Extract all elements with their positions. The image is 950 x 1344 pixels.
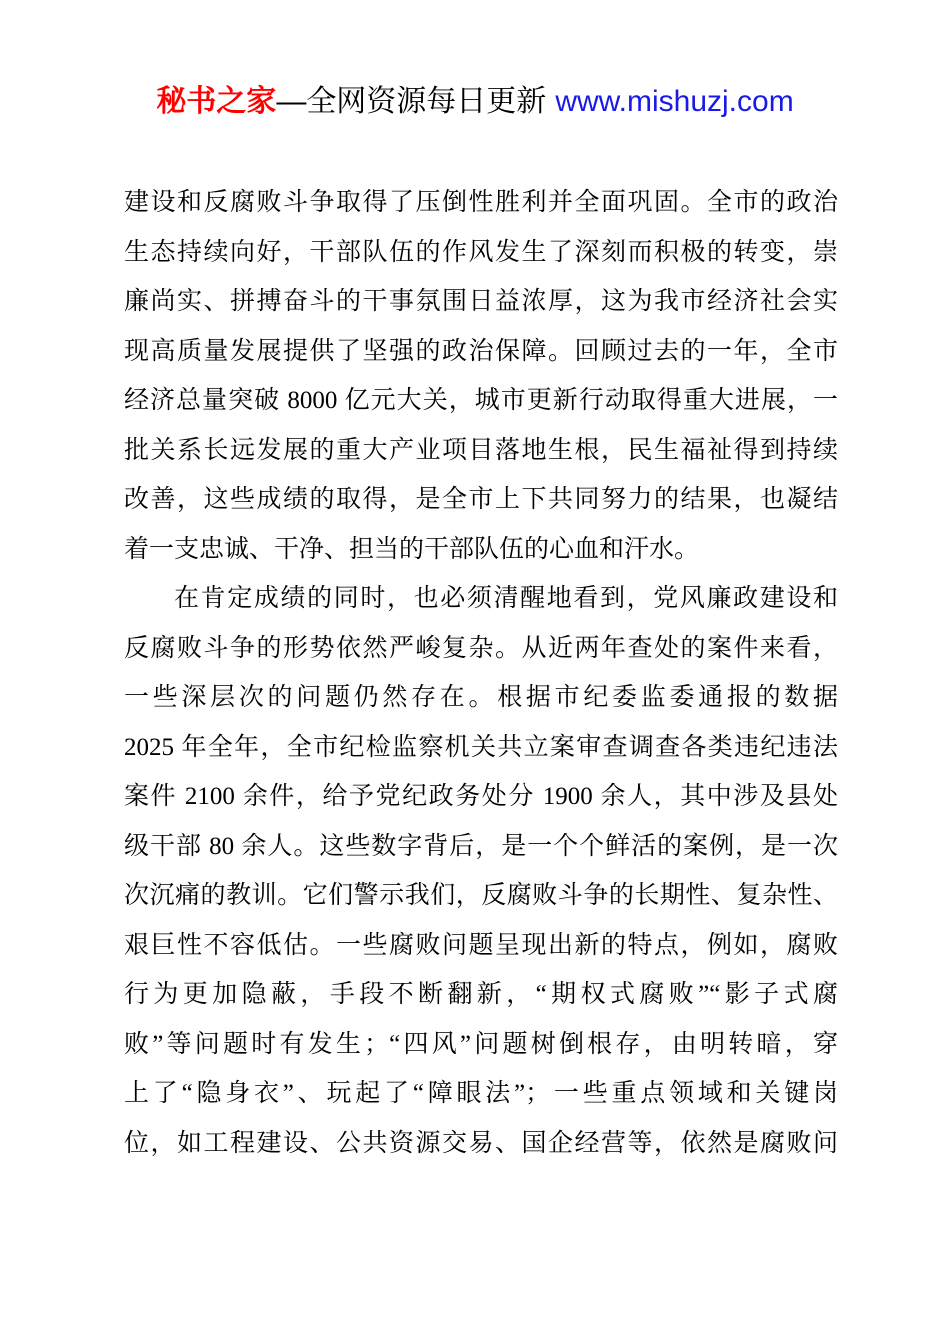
text-line: 建设和反腐败斗争取得了压倒性胜利并全面巩固。全市的政治 xyxy=(124,178,838,228)
text-line: 改善，这些成绩的取得，是全市上下共同努力的结果，也凝结 xyxy=(124,475,838,525)
text-line: 次沉痛的教训。它们警示我们，反腐败斗争的长期性、复杂性、 xyxy=(124,871,838,921)
text-line: 艰巨性不容低估。一些腐败问题呈现出新的特点，例如，腐败 xyxy=(124,921,838,971)
text-line: 2025 年全年，全市纪检监察机关共立案审查调查各类违纪违法 xyxy=(124,723,838,773)
site-name: 秘书之家 xyxy=(156,85,276,118)
text-line: 经济总量突破 8000 亿元大关，城市更新行动取得重大进展，一 xyxy=(124,376,838,426)
document-page: 秘书之家—全网资源每日更新www.mishuzj.com 建设和反腐败斗争取得了… xyxy=(0,0,950,1344)
text-line: 行为更加隐蔽，手段不断翻新，“期权式腐败”“影子式腐 xyxy=(124,970,838,1020)
tagline: 全网资源每日更新 xyxy=(306,85,546,118)
text-line: 案件 2100 余件，给予党纪政务处分 1900 余人，其中涉及县处 xyxy=(124,772,838,822)
site-url-link[interactable]: www.mishuzj.com xyxy=(555,85,793,118)
text-line: 着一支忠诚、干净、担当的干部队伍的心血和汗水。 xyxy=(124,525,838,575)
text-line: 上了“隐身衣”、玩起了“障眼法”；一些重点领域和关键岗 xyxy=(124,1069,838,1119)
paragraph-2: 在肯定成绩的同时，也必须清醒地看到，党风廉政建设和 反腐败斗争的形势依然严峻复杂… xyxy=(124,574,838,1168)
page-header: 秘书之家—全网资源每日更新www.mishuzj.com xyxy=(0,84,950,120)
paragraph-continued: 建设和反腐败斗争取得了压倒性胜利并全面巩固。全市的政治 生态持续向好，干部队伍的… xyxy=(124,178,838,574)
text-line: 级干部 80 余人。这些数字背后，是一个个鲜活的案例，是一次 xyxy=(124,822,838,872)
text-line: 在肯定成绩的同时，也必须清醒地看到，党风廉政建设和 xyxy=(124,574,838,624)
text-line: 反腐败斗争的形势依然严峻复杂。从近两年查处的案件来看， xyxy=(124,624,838,674)
text-line: 一些深层次的问题仍然存在。根据市纪委监委通报的数据 xyxy=(124,673,838,723)
text-line: 生态持续向好，干部队伍的作风发生了深刻而积极的转变，崇 xyxy=(124,228,838,278)
header-separator: — xyxy=(276,85,306,118)
document-body: 建设和反腐败斗争取得了压倒性胜利并全面巩固。全市的政治 生态持续向好，干部队伍的… xyxy=(124,178,838,1168)
text-line: 位，如工程建设、公共资源交易、国企经营等，依然是腐败问 xyxy=(124,1119,838,1169)
text-line: 败”等问题时有发生；“四风”问题树倒根存，由明转暗，穿 xyxy=(124,1020,838,1070)
text-line: 现高质量发展提供了坚强的政治保障。回顾过去的一年，全市 xyxy=(124,327,838,377)
text-line: 廉尚实、拼搏奋斗的干事氛围日益浓厚，这为我市经济社会实 xyxy=(124,277,838,327)
text-line: 批关系长远发展的重大产业项目落地生根，民生福祉得到持续 xyxy=(124,426,838,476)
